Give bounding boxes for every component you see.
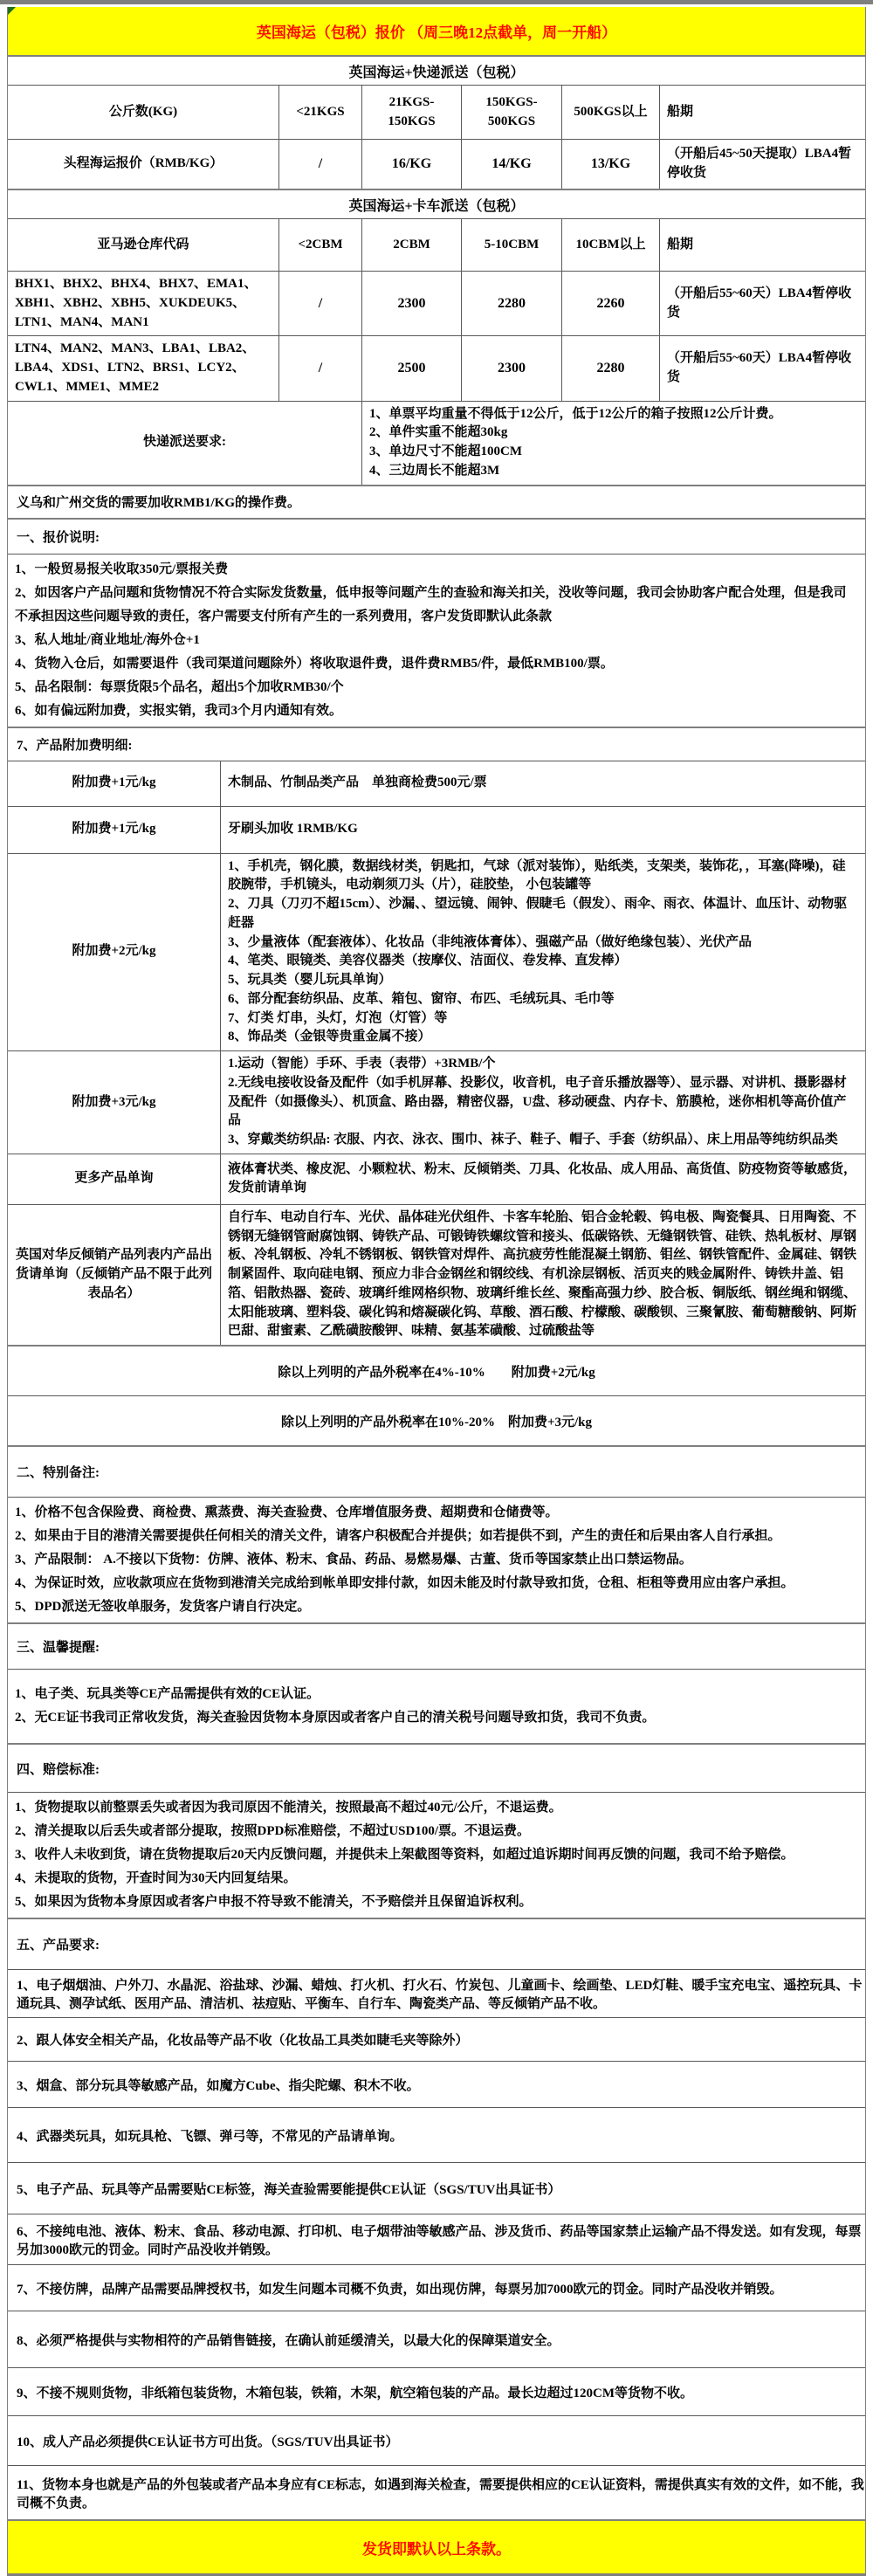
special-note-item: 5、DPD派送无签收单服务，发货客户请自行决定。 [15, 1595, 858, 1619]
warehouse-codes-cell: LTN4、MAN2、MAN3、LBA1、LBA2、LBA4、XDS1、LTN2、… [8, 336, 279, 400]
surcharge-row: 附加费+2元/kg 1、手机壳，钢化膜，数据线材类，钥匙扣，气球（派对装饰），贴… [8, 854, 865, 1052]
product-requirement-item: 6、不接纯电池、液体、粉末、食品、移动电源、打印机、电子烟带油等敏感产品、涉及货… [8, 2214, 865, 2265]
header-cell-tier2: 21KGS-150KGS [362, 86, 462, 139]
schedule-cell: （开船后55~60天）LBA4暂停收货 [660, 272, 865, 335]
surcharge-row: 附加费+1元/kg 木制品、竹制品类产品 单独商检费500元/票 [8, 761, 865, 807]
antidumping-label: 英国对华反倾销产品列表内产品出货请单询（反倾销产品不限于此列表品名） [8, 1205, 221, 1345]
surcharge-label: 更多产品单询 [8, 1154, 221, 1204]
header-cell-tier4: 500KGS以上 [562, 86, 660, 139]
schedule-cell: （开船后55~60天）LBA4暂停收货 [660, 336, 865, 400]
product-requirement-item: 1、电子烟烟油、户外刀、水晶泥、浴盐球、沙漏、蜡烛、打火机、打火石、竹炭包、儿童… [8, 1970, 865, 2018]
courier-requirements-label: 快递派送要求: [8, 402, 362, 485]
special-note-item: 2、如果由于目的港清关需要提供任何相关的清关文件，请客户积极配合并提供；如若提供… [15, 1525, 858, 1548]
rate-cell: 16/KG [362, 140, 462, 189]
reminder-item: 1、电子类、玩具类等CE产品需提供有效的CE认证。 [15, 1683, 858, 1706]
footer-banner-text: 发货即默认以上条款。 [362, 2537, 511, 2559]
product-requirement-item: 2、跟人体安全相关产品，化妆品等产品不收（化妆品工具类如睫毛夹等除外） [8, 2018, 865, 2062]
rate-cell: 2300 [462, 336, 562, 400]
cell-corner-marker [8, 7, 16, 15]
compensation-item: 4、未提取的货物，开查时间为30天内回复结果。 [15, 1867, 858, 1891]
quotation-sheet: 英国海运（包税）报价 （周三晚12点截单，周一开船） 英国海运+快递派送（包税）… [7, 7, 866, 2576]
truck-rate-row: BHX1、BHX2、BHX4、BHX7、EMA1、XBH1、XBH2、XBH5、… [8, 272, 865, 336]
compensation-item: 5、如果因为货物本身原因或者客户申报不符导致不能清关，不予赔偿并且保留追诉权利。 [15, 1891, 858, 1914]
tax-rate-row-2: 除以上列明的产品外税率在10%-20% 附加费+3元/kg [8, 1396, 865, 1447]
warehouse-codes-cell: BHX1、BHX2、BHX4、BHX7、EMA1、XBH1、XBH2、XBH5、… [8, 272, 279, 335]
header-cell-cbm2: 2CBM [362, 219, 462, 271]
surcharge-line: 6、部分配套纺织品、皮革、箱包、窗帘、布匹、毛绒玩具、毛巾等 [228, 990, 858, 1009]
product-requirement-item: 7、不接仿牌，品牌产品需要品牌授权书，如发生问题本司概不负责，如出现仿牌，每票另… [8, 2265, 865, 2311]
surcharge-line: 1.运动（智能）手环、手表（表带）+3RMB/个 [228, 1055, 858, 1074]
surcharge-label: 附加费+1元/kg [8, 807, 221, 853]
express-rate-row: 头程海运报价（RMB/KG） / 16/KG 14/KG 13/KG （开船后4… [8, 140, 865, 190]
product-requirement-item: 4、武器类玩具，如玩具枪、飞镖、弹弓等，不常见的产品请单询。 [8, 2108, 865, 2163]
surcharge-line: 8、饰品类（金银等贵重金属不接） [228, 1028, 858, 1047]
top-border-bar [0, 0, 873, 4]
rate-cell: 14/KG [462, 140, 562, 189]
rate-cell: / [279, 336, 362, 400]
quote-notes-body: 1、一般贸易报关收取350元/票报关费 2、如因客户产品问题和货物情况不符合实际… [8, 554, 865, 728]
quote-note-item: 1、一般贸易报关收取350元/票报关费 [15, 558, 858, 582]
rate-cell: 2260 [562, 272, 660, 335]
rate-cell: 13/KG [562, 140, 660, 189]
compensation-item: 2、清关提取以后丢失或者部分提取，按照DPD标准赔偿，不超过USD100/票。不… [15, 1820, 858, 1843]
special-note-item: 3、产品限制： A.不接以下货物：仿牌、液体、粉末、食品、药品、易燃易爆、古董、… [15, 1548, 858, 1572]
header-cell-cbm1: <2CBM [279, 219, 362, 271]
header-cell-tier1: <21KGS [279, 86, 362, 139]
header-cell-cbm4: 10CBM以上 [562, 219, 660, 271]
surcharge-line: 4、笔类、眼镜类、美容仪器类（按摩仪、洁面仪、卷发棒、直发棒） [228, 952, 858, 971]
schedule-cell: （开船后45~50天提取）LBA4暂停收货 [660, 140, 865, 189]
truck-header-row: 亚马逊仓库代码 <2CBM 2CBM 5-10CBM 10CBM以上 船期 [8, 219, 865, 272]
special-notes-title: 二、特别备注: [8, 1447, 865, 1498]
express-header-row: 公斤数(KG) <21KGS 21KGS-150KGS 150KGS-500KG… [8, 86, 865, 140]
product-requirement-item: 8、必须严格提供与实物相符的产品销售链接，在确认前延缓清关，以最大化的保障渠道安… [8, 2311, 865, 2368]
truck-rate-row: LTN4、MAN2、MAN3、LBA1、LBA2、LBA4、XDS1、LTN2、… [8, 336, 865, 401]
header-cell-tier3: 150KGS-500KGS [462, 86, 562, 139]
surcharge-line: 1、手机壳，钢化膜，数据线材类，钥匙扣，气球（派对装饰），贴纸类，支架类，装饰花… [228, 858, 858, 896]
surcharge-line: 5、玩具类（婴儿玩具单询） [228, 971, 858, 990]
section-header-express: 英国海运+快递派送（包税） [8, 57, 865, 86]
quote-notes-title: 一、报价说明: [8, 520, 865, 554]
special-notes-body: 1、价格不包含保险费、商检费、熏蒸费、海关查验费、仓库增值服务费、超期费和仓储费… [8, 1498, 865, 1624]
section-header-truck: 英国海运+卡车派送（包税） [8, 190, 865, 219]
surcharge-line: 3、少量液体（配套液体）、化妆品（非纯液体膏体）、强磁产品（做好绝缘包装）、光伏… [228, 933, 858, 953]
rate-cell: 2280 [562, 336, 660, 400]
surcharge-label: 附加费+3元/kg [8, 1051, 221, 1154]
courier-requirements-list: 1、单票平均重量不得低于12公斤，低于12公斤的箱子按照12公斤计费。 2、单件… [362, 402, 865, 485]
header-cell-cbm3: 5-10CBM [462, 219, 562, 271]
surcharge-label: 附加费+2元/kg [8, 854, 221, 1051]
surcharge-line: 3、穿戴类纺织品: 衣服、内衣、泳衣、围巾、袜子、鞋子、帽子、手套（纺织品）、床… [228, 1131, 858, 1150]
courier-requirements-row: 快递派送要求: 1、单票平均重量不得低于12公斤，低于12公斤的箱子按照12公斤… [8, 402, 865, 486]
courier-requirement-item: 2、单件实重不能超30kg [369, 424, 858, 443]
courier-requirement-item: 3、单边尺寸不能超100CM [369, 443, 858, 462]
quote-note-item: 6、如有偏远附加费，实报实销，我司3个月内通知有效。 [15, 699, 858, 723]
product-requirement-item: 11、货物本身也就是产品的外包装或者产品本身应有CE标志，如遇到海关检查，需要提… [8, 2466, 865, 2521]
reminder-item: 2、无CE证书我司正常收发货，海关查验因货物本身原因或者客户自己的清关税号问题导… [15, 1706, 858, 1730]
header-cell-kg: 公斤数(KG) [8, 86, 279, 139]
surcharge-line: 2.无线电接收设备及配件（如手机屏幕、投影仪，收音机，电子音乐播放器等）、显示器… [228, 1074, 858, 1131]
rate-cell: 2500 [362, 336, 462, 400]
surcharge-line: 液体膏状类、橡皮泥、小颗粒状、粉末、反倾销类、刀具、化妆品、成人用品、高货值、防… [221, 1154, 865, 1204]
product-requirement-item: 5、电子产品、玩具等产品需要贴CE标签，海关查验需要能提供CE认证（SGS/TU… [8, 2163, 865, 2214]
product-requirement-item: 10、成人产品必须提供CE认证书方可出货。（SGS/TUV出具证书） [8, 2416, 865, 2466]
rate-cell: / [279, 272, 362, 335]
surcharge-line: 2、刀具（刀刃不超15cm）、沙漏、、望远镜、闹钟、假睫毛（假发）、雨伞、雨衣、… [228, 895, 858, 933]
footer-banner: 发货即默认以上条款。 [8, 2521, 865, 2573]
surcharge-title: 7、产品附加费明细: [8, 728, 865, 761]
rate-cell: 2280 [462, 272, 562, 335]
title-banner-text: 英国海运（包税）报价 （周三晚12点截单，周一开船） [257, 20, 616, 42]
surcharge-line: 7、灯类 灯串，头灯，灯泡（灯管）等 [228, 1009, 858, 1029]
quote-note-item: 4、货物入仓后，如需要退件（我司渠道问题除外）将收取退件费，退件费RMB5/件，… [15, 652, 858, 676]
title-banner: 英国海运（包税）报价 （周三晚12点截单，周一开船） [8, 7, 865, 57]
compensation-title: 四、赔偿标准: [8, 1745, 865, 1793]
surcharge-label: 附加费+1元/kg [8, 761, 221, 806]
header-cell-schedule: 船期 [660, 219, 865, 271]
rate-label: 头程海运报价（RMB/KG） [8, 140, 279, 189]
courier-requirement-item: 4、三边周长不能超3M [369, 462, 858, 481]
special-note-item: 1、价格不包含保险费、商检费、熏蒸费、海关查验费、仓库增值服务费、超期费和仓储费… [15, 1501, 858, 1525]
rate-cell: / [279, 140, 362, 189]
rate-cell: 2300 [362, 272, 462, 335]
antidumping-row: 英国对华反倾销产品列表内产品出货请单询（反倾销产品不限于此列表品名） 自行车、电… [8, 1205, 865, 1347]
courier-requirement-item: 1、单票平均重量不得低于12公斤，低于12公斤的箱子按照12公斤计费。 [369, 405, 858, 424]
product-requirement-item: 3、烟盒、部分玩具等敏感产品，如魔方Cube、指尖陀螺、积木不收。 [8, 2062, 865, 2108]
surcharge-row: 附加费+3元/kg 1.运动（智能）手环、手表（表带）+3RMB/个 2.无线电… [8, 1051, 865, 1154]
surcharge-row: 附加费+1元/kg 牙刷头加收 1RMB/KG [8, 807, 865, 854]
quote-note-item: 5、品名限制：每票货限5个品名，超出5个加收RMB30/个 [15, 676, 858, 699]
product-requirements-title: 五、产品要求: [8, 1919, 865, 1970]
quote-note-item: 3、私人地址/商业地址/海外仓+1 [15, 629, 858, 652]
surcharge-line: 牙刷头加收 1RMB/KG [221, 807, 865, 853]
header-cell-warehouse: 亚马逊仓库代码 [8, 219, 279, 271]
surcharge-line: 木制品、竹制品类产品 单独商检费500元/票 [221, 761, 865, 806]
product-requirement-item: 9、不接不规则货物，非纸箱包装货物，木箱包装，铁箱，木架，航空箱包装的产品。最长… [8, 2368, 865, 2416]
surcharge-row: 更多产品单询 液体膏状类、橡皮泥、小颗粒状、粉末、反倾销类、刀具、化妆品、成人用… [8, 1154, 865, 1205]
header-cell-schedule: 船期 [660, 86, 865, 139]
special-note-item: 4、为保证时效，应收款项应在货物到港清关完成给到帐单即安排付款，如因未能及时付款… [15, 1572, 858, 1595]
quote-note-item: 2、如因客户产品问题和货物情况不符合实际发货数量，低申报等问题产生的查验和海关扣… [15, 582, 858, 629]
compensation-item: 1、货物提取以前整票丢失或者因为我司原因不能清关，按照最高不超过40元/公斤，不… [15, 1796, 858, 1820]
reminders-title: 三、温馨提醒: [8, 1624, 865, 1670]
compensation-item: 3、收件人未收到货，请在货物提取后20天内反馈问题，并提供未上架截图等资料，如超… [15, 1843, 858, 1867]
reminders-body: 1、电子类、玩具类等CE产品需提供有效的CE认证。 2、无CE证书我司正常收发货… [8, 1670, 865, 1745]
compensation-body: 1、货物提取以前整票丢失或者因为我司原因不能清关，按照最高不超过40元/公斤，不… [8, 1793, 865, 1919]
antidumping-list: 自行车、电动自行车、光伏、晶体硅光伏组件、卡客车轮胎、铝合金轮毂、钨电极、陶瓷餐… [221, 1205, 865, 1345]
handling-note: 义乌和广州交货的需要加收RMB1/KG的操作费。 [8, 486, 865, 520]
tax-rate-row-1: 除以上列明的产品外税率在4%-10% 附加费+2元/kg [8, 1347, 865, 1396]
